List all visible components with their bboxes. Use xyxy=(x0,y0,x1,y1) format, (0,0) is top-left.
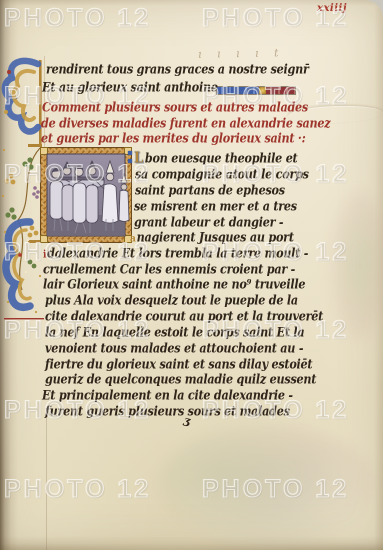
border-blue-dot xyxy=(128,151,132,155)
stock-photo-of-manuscript-page: xxiiij ı ı ı ı t xyxy=(0,0,383,550)
verso-showthrough xyxy=(330,190,383,340)
text-line: venoient tous malades et attouchoient au… xyxy=(45,341,303,356)
descender-flourish: ʒ xyxy=(183,413,192,427)
text-line: Et principalement en la cite dalexandrie… xyxy=(42,388,293,403)
illuminated-initial: L xyxy=(134,150,143,167)
text-line: grant labeur et dangier - xyxy=(134,215,283,230)
ruling-line xyxy=(46,412,47,550)
paragraph-mark: a xyxy=(130,233,136,244)
line-filler-bar xyxy=(216,86,296,95)
text-line: gueriz de quelconques maladie quilz euss… xyxy=(45,372,316,387)
line-filler-gold-dot xyxy=(259,87,266,94)
text-line: sa compaignie atout le corps xyxy=(135,167,309,182)
text-line: fiertre du glorieux saint et sans dilay … xyxy=(45,357,312,372)
text-line: cite dalexandrie courut au port et la tr… xyxy=(45,309,323,324)
text-line: saint partans de ephesos xyxy=(135,183,285,198)
text-line: Et au glorieux saint anthoine xyxy=(42,80,218,95)
text-line: lair Glorieux saint anthoine ne no⁹ truv… xyxy=(43,277,305,292)
text-line: plus Ala voix desquelz tout le pueple de… xyxy=(45,293,298,308)
text-line: furent gueris plusieurs sours et malades xyxy=(45,404,290,419)
text-line: cruellement Car les ennemis croient par … xyxy=(43,262,295,277)
verso-showthrough xyxy=(160,425,375,545)
rubric-line: et gueris par les merites du glorieux sa… xyxy=(41,131,305,146)
rubric-line: Comment plusieurs sours et autres malade… xyxy=(42,100,308,115)
line-filler-blue-segment xyxy=(217,87,259,94)
line-filler-red-segment xyxy=(266,87,295,94)
paragraph-mark: i xyxy=(43,249,46,260)
parchment-page: xxiiij ı ı ı ı t xyxy=(0,0,383,550)
text-line: Lbon euesque theophile et xyxy=(134,151,297,166)
border-blue-dot xyxy=(128,159,132,163)
rubric-line: de diverses maladies furent en alexandri… xyxy=(41,116,330,131)
folio-number: xxiiij xyxy=(317,3,347,15)
ghost-pen-strokes: ı ı ı ı t xyxy=(198,46,285,61)
miniature-grisaille-procession xyxy=(40,147,132,243)
text-line: rendirent tous grans graces a nostre sei… xyxy=(46,62,309,77)
text-line: la nef En laquelle estoit le corps saint… xyxy=(45,325,304,340)
text-line: se misrent en mer et a tres xyxy=(134,199,297,214)
